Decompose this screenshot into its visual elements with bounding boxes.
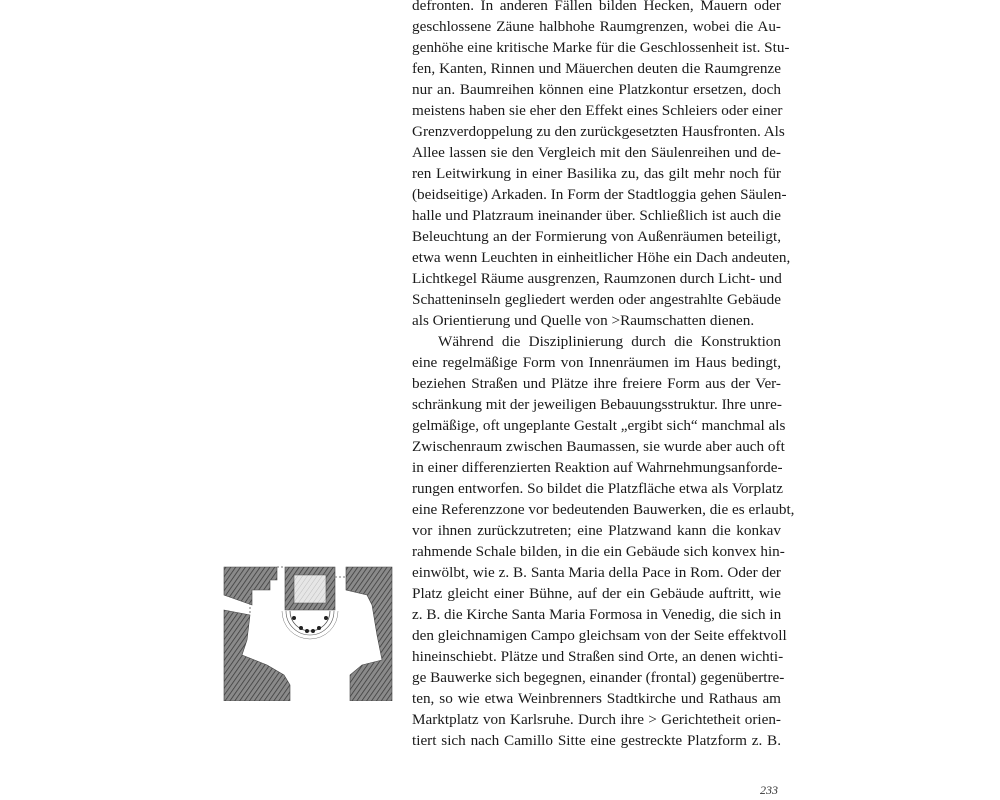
text-line: Grenzverdoppelung zu den zurückgesetzten… — [412, 121, 781, 142]
text-line: genhöhe eine kritische Marke für die Ges… — [412, 37, 781, 58]
text-line: z. B. die Kirche Santa Maria Formosa in … — [412, 604, 781, 625]
text-line: rungen entworfen. So bildet die Platzflä… — [412, 478, 781, 499]
text-line: halle und Platzraum ineinander über. Sch… — [412, 205, 781, 226]
text-line: Allee lassen sie den Vergleich mit den S… — [412, 142, 781, 163]
text-line: ren Leitwirkung in einer Basilika zu, da… — [412, 163, 781, 184]
text-line: Zwischenraum zwischen Baumassen, sie wur… — [412, 436, 781, 457]
text-line: in einer differenzierten Reaktion auf Wa… — [412, 457, 781, 478]
text-line: gelmäßige, oft ungeplante Gestalt „ergib… — [412, 415, 781, 436]
text-line: nur an. Baumreihen können eine Platzkont… — [412, 79, 781, 100]
text-line: Marktplatz von Karlsruhe. Durch ihre > G… — [412, 709, 781, 730]
text-line: rahmende Schale bilden, in die ein Gebäu… — [412, 541, 781, 562]
text-line: Beleuchtung an der Formierung von Außenr… — [412, 226, 781, 247]
text-line: eine regelmäßige Form von Innenräumen im… — [412, 352, 781, 373]
text-line: einwölbt, wie z. B. Santa Maria della Pa… — [412, 562, 781, 583]
text-line: eine Referenzzone vor bedeutenden Bauwer… — [412, 499, 781, 520]
text-line: meistens haben sie eher den Effekt eines… — [412, 100, 781, 121]
text-line: schränkung mit der jeweiligen Bebauungss… — [412, 394, 781, 415]
text-line: vor ihnen zurückzutreten; eine Platzwand… — [412, 520, 781, 541]
text-line: fen, Kanten, Rinnen und Mäuerchen deuten… — [412, 58, 781, 79]
text-line: hineinschiebt. Plätze und Straßen sind O… — [412, 646, 781, 667]
text-line: Schatteninseln gegliedert werden oder an… — [412, 289, 781, 310]
text-line: ten, so wie etwa Weinbrenners Stadtkirch… — [412, 688, 781, 709]
page-number: 233 — [760, 783, 778, 798]
site-plan-figure — [222, 565, 393, 701]
text-line: etwa wenn Leuchten in einheitlicher Höhe… — [412, 247, 781, 268]
text-line: als Orientierung und Quelle von >Raumsch… — [412, 310, 781, 331]
text-line: tiert sich nach Camillo Sitte eine gestr… — [412, 730, 781, 751]
text-line: beziehen Straßen und Plätze ihre freiere… — [412, 373, 781, 394]
text-line: Platz gleicht einer Bühne, auf der ein G… — [412, 583, 781, 604]
paragraph-start-line: Während die Disziplinierung durch die Ko… — [412, 331, 781, 352]
text-line: defronten. In anderen Fällen bilden Heck… — [412, 0, 781, 16]
text-line: (beidseitige) Arkaden. In Form der Stadt… — [412, 184, 781, 205]
text-line: Lichtkegel Räume ausgrenzen, Raumzonen d… — [412, 268, 781, 289]
text-line: ge Bauwerke sich begegnen, einander (fro… — [412, 667, 781, 688]
text-line: geschlossene Zäune halbhohe Raumgrenzen,… — [412, 16, 781, 37]
site-plan-drawing — [222, 565, 393, 701]
body-text: defronten. In anderen Fällen bilden Heck… — [412, 0, 781, 751]
text-line: den gleichnamigen Campo gleichsam von de… — [412, 625, 781, 646]
